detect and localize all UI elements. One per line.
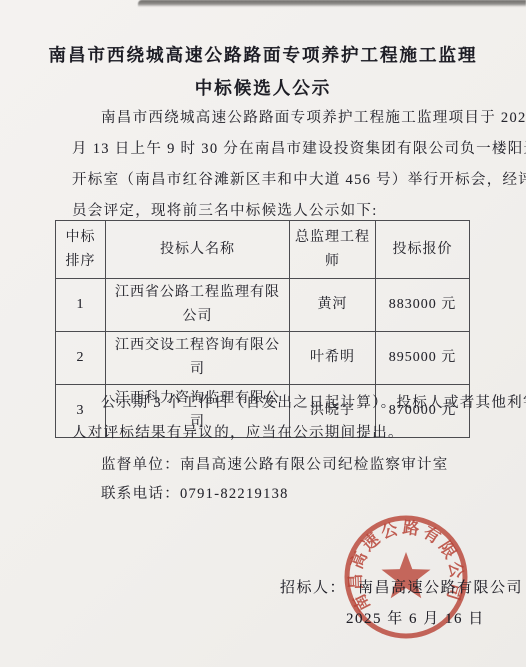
header-bidder-name: 投标人名称	[106, 221, 290, 279]
bidder-label: 招标人：	[280, 580, 346, 596]
paragraph-line: 公示期 3 个工作日（自发出之日起计算）。投标人或者其他利害关系	[72, 388, 470, 418]
table-header-row: 中标排序 投标人名称 总监理工程师 投标报价	[56, 221, 470, 279]
cell-rank: 1	[56, 279, 106, 332]
intro-paragraph: 南昌市西绕城高速公路路面专项养护工程施工监理项目于 2025 年 6 月 13 …	[72, 103, 470, 227]
paragraph-line: 月 13 日上午 9 时 30 分在南昌市建设投资集团有限公司负一楼阳光平台	[72, 134, 470, 165]
scanned-document-page: 南昌市西绕城高速公路路面专项养护工程施工监理 中标候选人公示 南昌市西绕城高速公…	[0, 0, 526, 667]
contact-phone-line: 联系电话：0791-82219138	[72, 484, 470, 504]
header-rank: 中标排序	[56, 221, 106, 279]
cell-bid-price: 883000 元	[376, 279, 470, 332]
header-chief-engineer: 总监理工程师	[290, 221, 376, 279]
cell-bidder-name: 江西省公路工程监理有限公司	[106, 279, 290, 332]
supervising-unit-line: 监督单位：南昌高速公路有限公司纪检监察审计室	[72, 455, 470, 475]
table-row: 2 江西交设工程咨询有限公司 叶希明 895000 元	[56, 332, 470, 385]
bidder-signature-line: 招标人：南昌高速公路有限公司	[280, 576, 523, 597]
cell-rank: 2	[56, 332, 106, 385]
paragraph-line: 人对评标结果有异议的，应当在公示期间提出。	[72, 418, 470, 448]
cell-bid-price: 895000 元	[376, 332, 470, 385]
table-row: 1 江西省公路工程监理有限公司 黄河 883000 元	[56, 279, 470, 332]
bidder-name: 南昌高速公路有限公司	[358, 580, 523, 596]
document-title-line1: 南昌市西绕城高速公路路面专项养护工程施工监理	[0, 42, 526, 67]
cell-chief-engineer: 叶希明	[290, 332, 376, 385]
document-title-line2: 中标候选人公示	[0, 75, 526, 100]
paragraph-line: 开标室（南昌市红谷滩新区丰和中大道 456 号）举行开标会，经评标委	[72, 165, 470, 196]
paragraph-line: 南昌市西绕城高速公路路面专项养护工程施工监理项目于 2025 年 6	[72, 103, 470, 134]
cell-bidder-name: 江西交设工程咨询有限公司	[106, 332, 290, 385]
header-bid-price: 投标报价	[376, 221, 470, 279]
scan-edge-artifact	[138, 0, 526, 7]
notice-period-paragraph: 公示期 3 个工作日（自发出之日起计算）。投标人或者其他利害关系 人对评标结果有…	[72, 388, 470, 448]
signature-date: 2025 年 6 月 16 日	[346, 607, 485, 628]
cell-chief-engineer: 黄河	[290, 279, 376, 332]
